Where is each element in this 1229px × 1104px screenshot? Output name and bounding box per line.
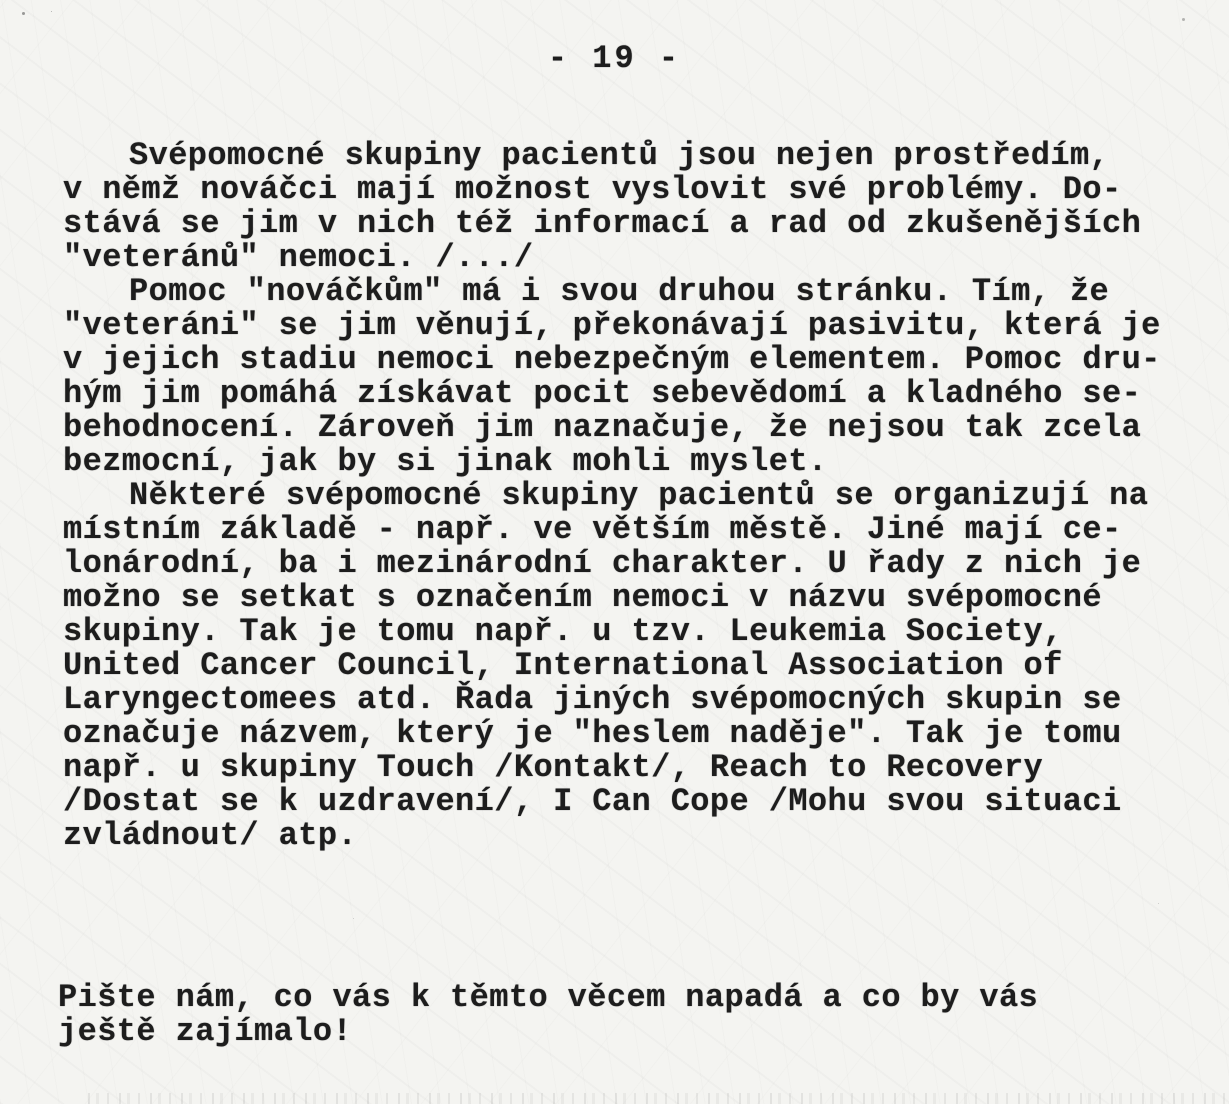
text-line: bezmocní, jak by si jinak mohli myslet.	[63, 445, 1193, 479]
text-line: ještě zajímalo!	[58, 1015, 1188, 1049]
page-number: - 19 -	[0, 40, 1229, 77]
text-line: United Cancer Council, International Ass…	[63, 649, 1193, 683]
text-line: v jejich stadiu nemoci nebezpečným eleme…	[63, 343, 1193, 377]
scan-speck	[22, 12, 25, 15]
paragraph: Některé svépomocné skupiny pacientů se o…	[63, 479, 1193, 853]
text-line: hým jim pomáhá získávat pocit sebevědomí…	[63, 377, 1193, 411]
text-line: Pište nám, co vás k těmto věcem napadá a…	[58, 981, 1188, 1015]
text-line: např. u skupiny Touch /Kontakt/, Reach t…	[63, 751, 1193, 785]
text-line: skupiny. Tak je tomu např. u tzv. Leukem…	[63, 615, 1193, 649]
text-line: "veteráni" se jim věnují, překonávají pa…	[63, 309, 1193, 343]
paragraph: Svépomocné skupiny pacientů jsou nejen p…	[63, 139, 1193, 275]
text-line: označuje názvem, který je "heslem naděje…	[63, 717, 1193, 751]
text-line: stává se jim v nich též informací a rad …	[63, 207, 1193, 241]
scan-bottom-edge	[88, 1093, 1229, 1104]
text-line: Laryngectomees atd. Řada jiných svépomoc…	[63, 683, 1193, 717]
text-line: možno se setkat s označením nemoci v náz…	[63, 581, 1193, 615]
text-line: Některé svépomocné skupiny pacientů se o…	[63, 479, 1193, 513]
text-line: lonárodní, ba i mezinárodní charakter. U…	[63, 547, 1193, 581]
text-line: zvládnout/ atp.	[63, 819, 1193, 853]
paragraph: Pomoc "nováčkům" má i svou druhou stránk…	[63, 275, 1193, 479]
text-line: Svépomocné skupiny pacientů jsou nejen p…	[63, 139, 1193, 173]
text-line: "veteránů" nemoci. /.../	[63, 241, 1193, 275]
text-line: behodnocení. Zároveň jim naznačuje, že n…	[63, 411, 1193, 445]
closing-note: Pište nám, co vás k těmto věcem napadá a…	[58, 981, 1188, 1049]
text-line: Pomoc "nováčkům" má i svou druhou stránk…	[63, 275, 1193, 309]
text-line: místním základě - např. ve větším městě.…	[63, 513, 1193, 547]
text-line: /Dostat se k uzdravení/, I Can Cope /Moh…	[63, 785, 1193, 819]
text-line: v němž nováčci mají možnost vyslovit své…	[63, 173, 1193, 207]
body-text: Svépomocné skupiny pacientů jsou nejen p…	[63, 139, 1193, 853]
